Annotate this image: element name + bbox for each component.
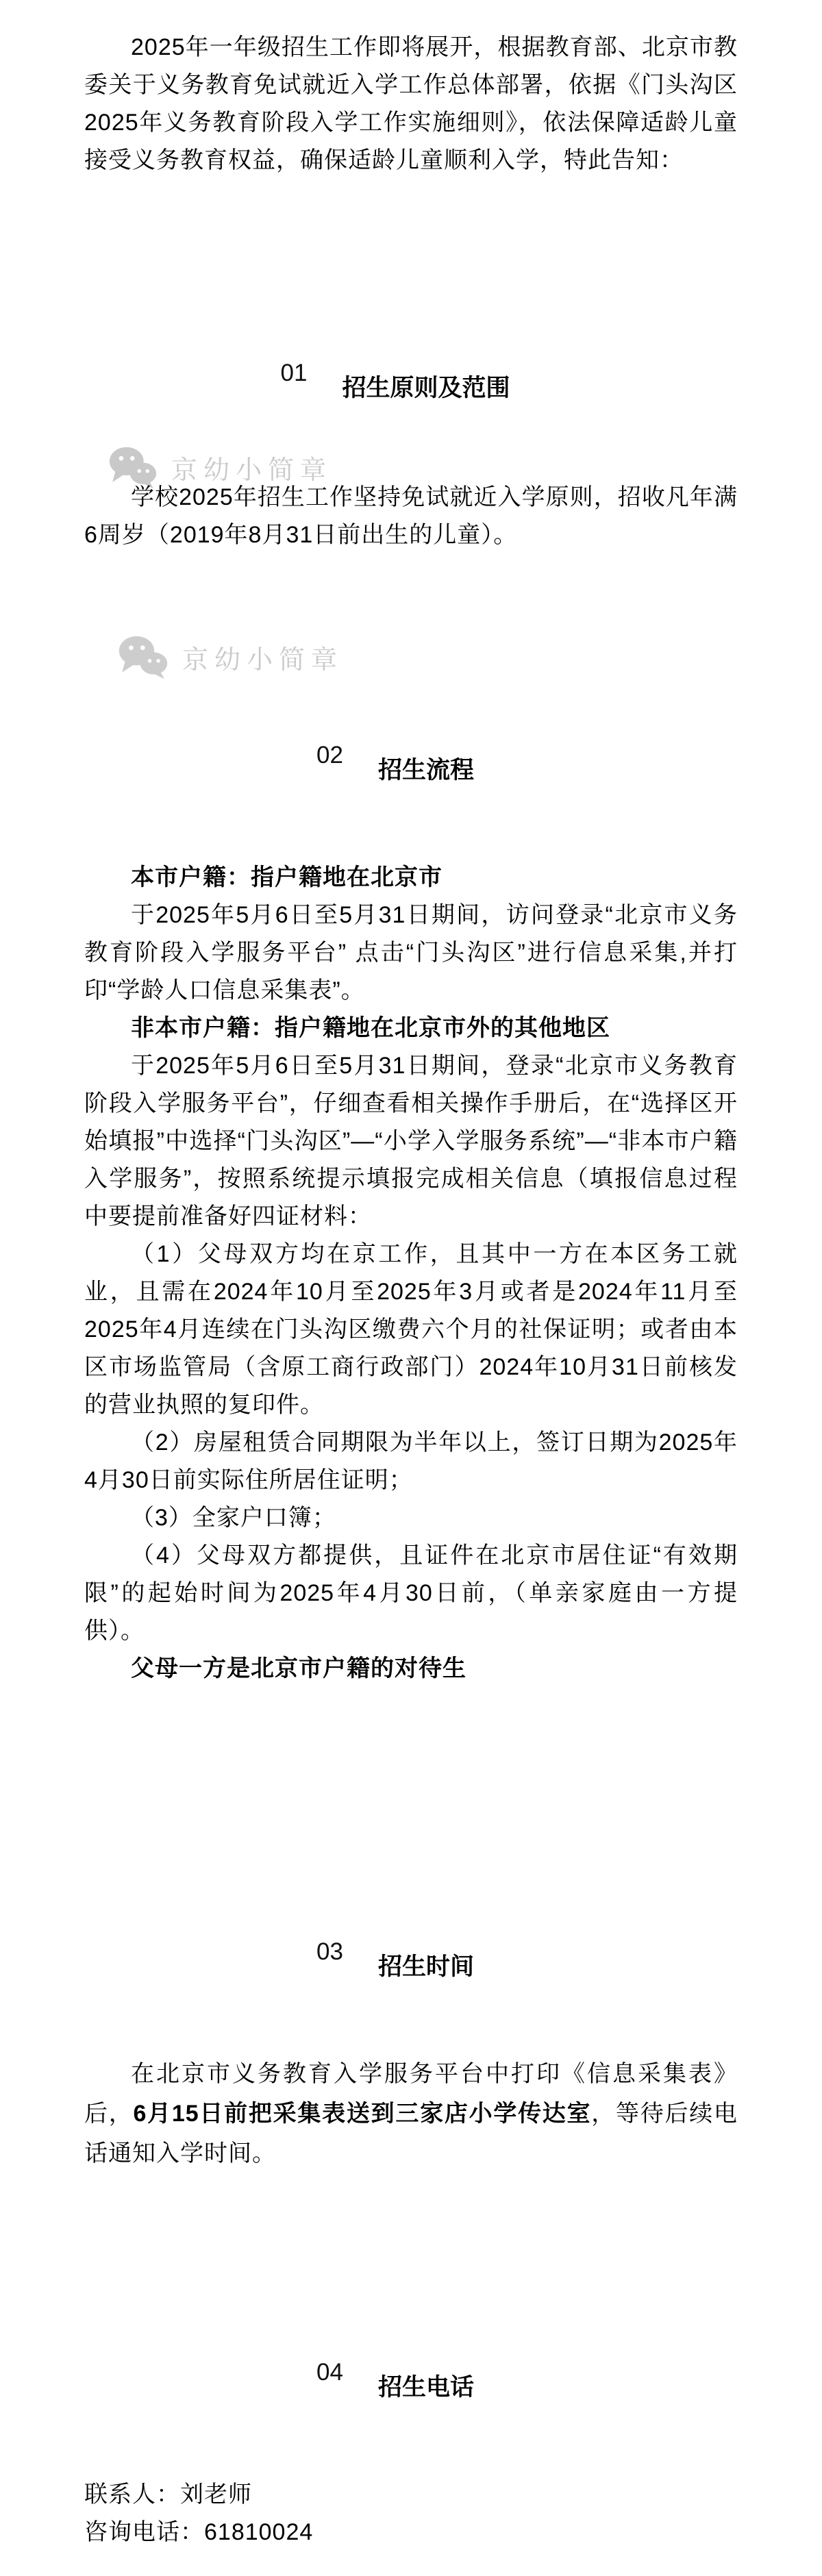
section-3-body: 在北京市义务教育入学服务平台中打印《信息采集表》后，6月15日前把采集表送到三家… — [84, 2054, 738, 2173]
section-number-2: 02 — [316, 741, 343, 770]
section-number-3: 03 — [316, 1938, 343, 1966]
section-header-3: 03 招生时间 — [0, 1953, 822, 1981]
section-header-4: 04 招生电话 — [0, 2373, 822, 2402]
contact-phone-line: 咨询电话：61810024 — [84, 2514, 738, 2551]
contact-phone-number: 61810024 — [204, 2519, 313, 2545]
intro-block: 2025年一年级招生工作即将展开，根据教育部、北京市教委关于义务教育免试就近入学… — [84, 29, 738, 179]
enrollment-time-paragraph: 在北京市义务教育入学服务平台中打印《信息采集表》后，6月15日前把采集表送到三家… — [84, 2054, 738, 2173]
section-header-2: 02 招生流程 — [0, 756, 822, 785]
section-number-1: 01 — [280, 359, 307, 388]
certificate-item-2: （2）房屋租赁合同期限为半年以上，签订日期为2025年4月30日前实际住所居住证… — [84, 1424, 738, 1499]
section-1-body: 学校2025年招生工作坚持免试就近入学原则，招收凡年满6周岁（2019年8月31… — [84, 479, 738, 554]
principle-paragraph: 学校2025年招生工作坚持免试就近入学原则，招收凡年满6周岁（2019年8月31… — [84, 479, 738, 554]
section-2-body: 本市户籍：指户籍地在北京市 于2025年5月6日至5月31日期间，访问登录“北京… — [84, 859, 738, 1688]
watermark: 京幼小简章 — [118, 634, 343, 679]
nonlocal-residence-heading: 非本市户籍：指户籍地在北京市外的其他地区 — [84, 1010, 738, 1047]
section-title-1: 招生原则及范围 — [342, 375, 510, 401]
section-title-4: 招生电话 — [378, 2374, 474, 2401]
intro-paragraph: 2025年一年级招生工作即将展开，根据教育部、北京市教委关于义务教育免试就近入学… — [84, 29, 738, 179]
watermark-text: 京幼小简章 — [182, 638, 343, 676]
contact-person-name: 刘老师 — [180, 2481, 252, 2508]
certificate-item-4: （4）父母双方都提供，且证件在北京市居住证“有效期限”的起始时间为2025年4月… — [84, 1537, 738, 1650]
contact-person-label: 联系人： — [84, 2481, 180, 2508]
local-residence-paragraph: 于2025年5月6日至5月31日期间，访问登录“北京市义务教育阶段入学服务平台”… — [84, 897, 738, 1010]
section-number-4: 04 — [316, 2358, 343, 2387]
treated-student-note: 父母一方是北京市户籍的对待生 — [84, 1650, 738, 1688]
nonlocal-residence-paragraph: 于2025年5月6日至5月31日期间，登录“北京市义务教育阶段入学服务平台”，仔… — [84, 1047, 738, 1236]
enrollment-deadline-bold: 6月15日前把采集表送到三家店小学传达室 — [133, 2101, 591, 2127]
certificate-item-1: （1）父母双方均在京工作，且其中一方在本区务工就业，且需在2024年10月至20… — [84, 1236, 738, 1424]
certificate-item-3: （3）全家户口簿； — [84, 1499, 738, 1537]
wechat-logo-icon — [118, 634, 169, 679]
notice-document: 2025年一年级招生工作即将展开，根据教育部、北京市教委关于义务教育免试就近入学… — [0, 0, 822, 2576]
contact-block: 联系人：刘老师 咨询电话：61810024 — [84, 2476, 738, 2551]
section-title-2: 招生流程 — [378, 757, 474, 784]
contact-person-line: 联系人：刘老师 — [84, 2476, 738, 2514]
section-title-3: 招生时间 — [378, 1953, 474, 1980]
section-header-1: 01 招生原则及范围 — [0, 374, 822, 403]
local-residence-heading: 本市户籍：指户籍地在北京市 — [84, 859, 738, 897]
contact-phone-label: 咨询电话： — [84, 2519, 204, 2545]
